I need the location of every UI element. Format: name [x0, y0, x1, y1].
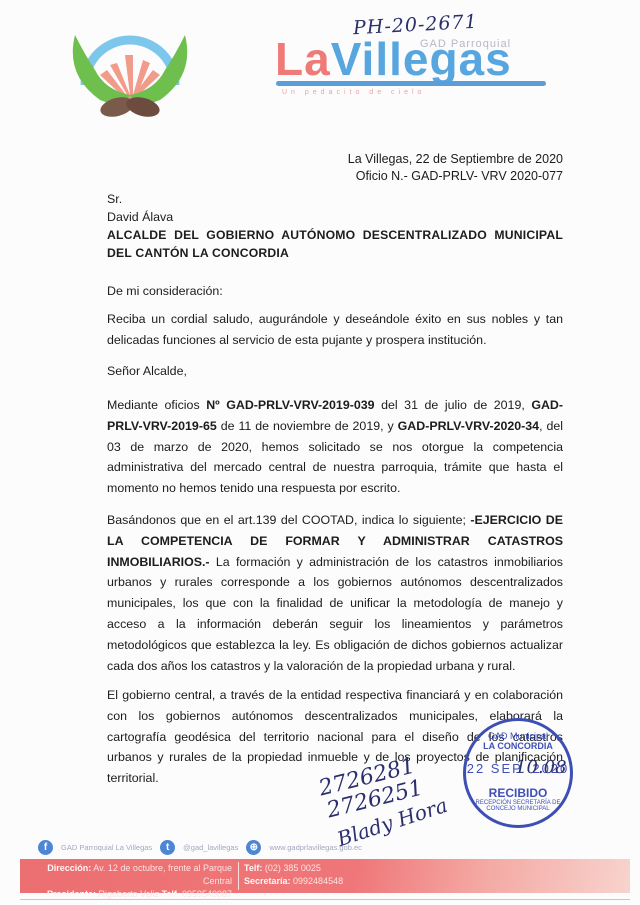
footer-rule	[20, 899, 630, 900]
paragraph-1: Reciba un cordial saludo, augurándole y …	[107, 309, 563, 351]
social-links: f GAD Parroquial La Villegas t @gad_lavi…	[38, 838, 362, 856]
secretary-label: Secretaría:	[244, 876, 291, 886]
recipient-salutation: Sr.	[107, 190, 563, 208]
president-label: Presidente:	[47, 889, 96, 899]
president-phone-label: Telf.	[162, 889, 180, 899]
footer-contact-left: Dirección: Av. 12 de octubre, frente al …	[22, 862, 232, 901]
stamp-line-1: GAD Municipal	[466, 731, 570, 741]
p2-text-2: del 31 de julio de 2019,	[375, 398, 532, 412]
twitter-link[interactable]: @gad_lavillegas	[183, 843, 238, 852]
address-value: Av. 12 de octubre, frente al Parque Cent…	[91, 863, 232, 886]
greeting: De mi consideración:	[107, 281, 563, 302]
p2-ref-3: GAD-PRLV-VRV-2020-34	[398, 419, 539, 433]
address-label: Dirección:	[47, 863, 91, 873]
p3-text-1: Basándonos que en el art.139 del COOTAD,…	[107, 513, 470, 527]
secretary-phone: 0992484548	[291, 876, 344, 886]
date-block: La Villegas, 22 de Septiembre de 2020 Of…	[348, 151, 563, 185]
municipal-emblem-icon	[55, 15, 205, 125]
president-phone: 0959540087	[179, 889, 232, 899]
paragraph-2: Mediante oficios Nº GAD-PRLV-VRV-2019-03…	[107, 395, 563, 499]
brand-logo-text: LaVillegas	[275, 34, 512, 84]
salute: Señor Alcalde,	[107, 361, 563, 382]
recipient-name: David Álava	[107, 208, 563, 226]
globe-icon[interactable]: ⊕	[246, 840, 261, 855]
brand-underline	[276, 81, 546, 86]
stamp-department: RECEPCIÓN SECRETARÍA DE CONCEJO MUNICIPA…	[466, 800, 570, 812]
recipient-block: Sr. David Álava ALCALDE DEL GOBIERNO AUT…	[107, 190, 563, 262]
p2-text-3: de 11 de noviembre de 2019, y	[217, 419, 398, 433]
recipient-title: ALCALDE DEL GOBIERNO AUTÓNOMO DESCENTRAL…	[107, 226, 563, 262]
twitter-icon[interactable]: t	[160, 840, 175, 855]
phone-value: (02) 385 0025	[262, 863, 321, 873]
p2-ref-1: Nº GAD-PRLV-VRV-2019-039	[206, 398, 374, 412]
stamp-line-2: LA CONCORDIA	[466, 741, 570, 751]
p2-text-1: Mediante oficios	[107, 398, 206, 412]
stamp-handwritten-time: 10.08	[515, 757, 567, 778]
footer-contact-right: Telf: (02) 385 0025 Secretaría: 09924845…	[244, 862, 343, 888]
brand-tagline: Un pedacito de cielo	[282, 89, 425, 96]
p3-text-2: La formación y administración de los cat…	[107, 555, 563, 673]
website-link[interactable]: www.gadprlavillegas.gob.ec	[269, 843, 362, 852]
phone-label: Telf:	[244, 863, 262, 873]
paragraph-3: Basándonos que en el art.139 del COOTAD,…	[107, 510, 563, 676]
president-value: Rigoberto Veliz	[96, 889, 162, 899]
facebook-link[interactable]: GAD Parroquial La Villegas	[61, 843, 152, 852]
brand-part-la: La	[275, 33, 331, 85]
brand-part-villegas: Villegas	[331, 33, 512, 85]
place-date: La Villegas, 22 de Septiembre de 2020	[348, 151, 563, 168]
facebook-icon[interactable]: f	[38, 840, 53, 855]
footer-divider	[238, 862, 239, 890]
stamp-status: RECIBIDO	[466, 786, 570, 800]
office-number: Oficio N.- GAD-PRLV- VRV 2020-077	[348, 168, 563, 185]
